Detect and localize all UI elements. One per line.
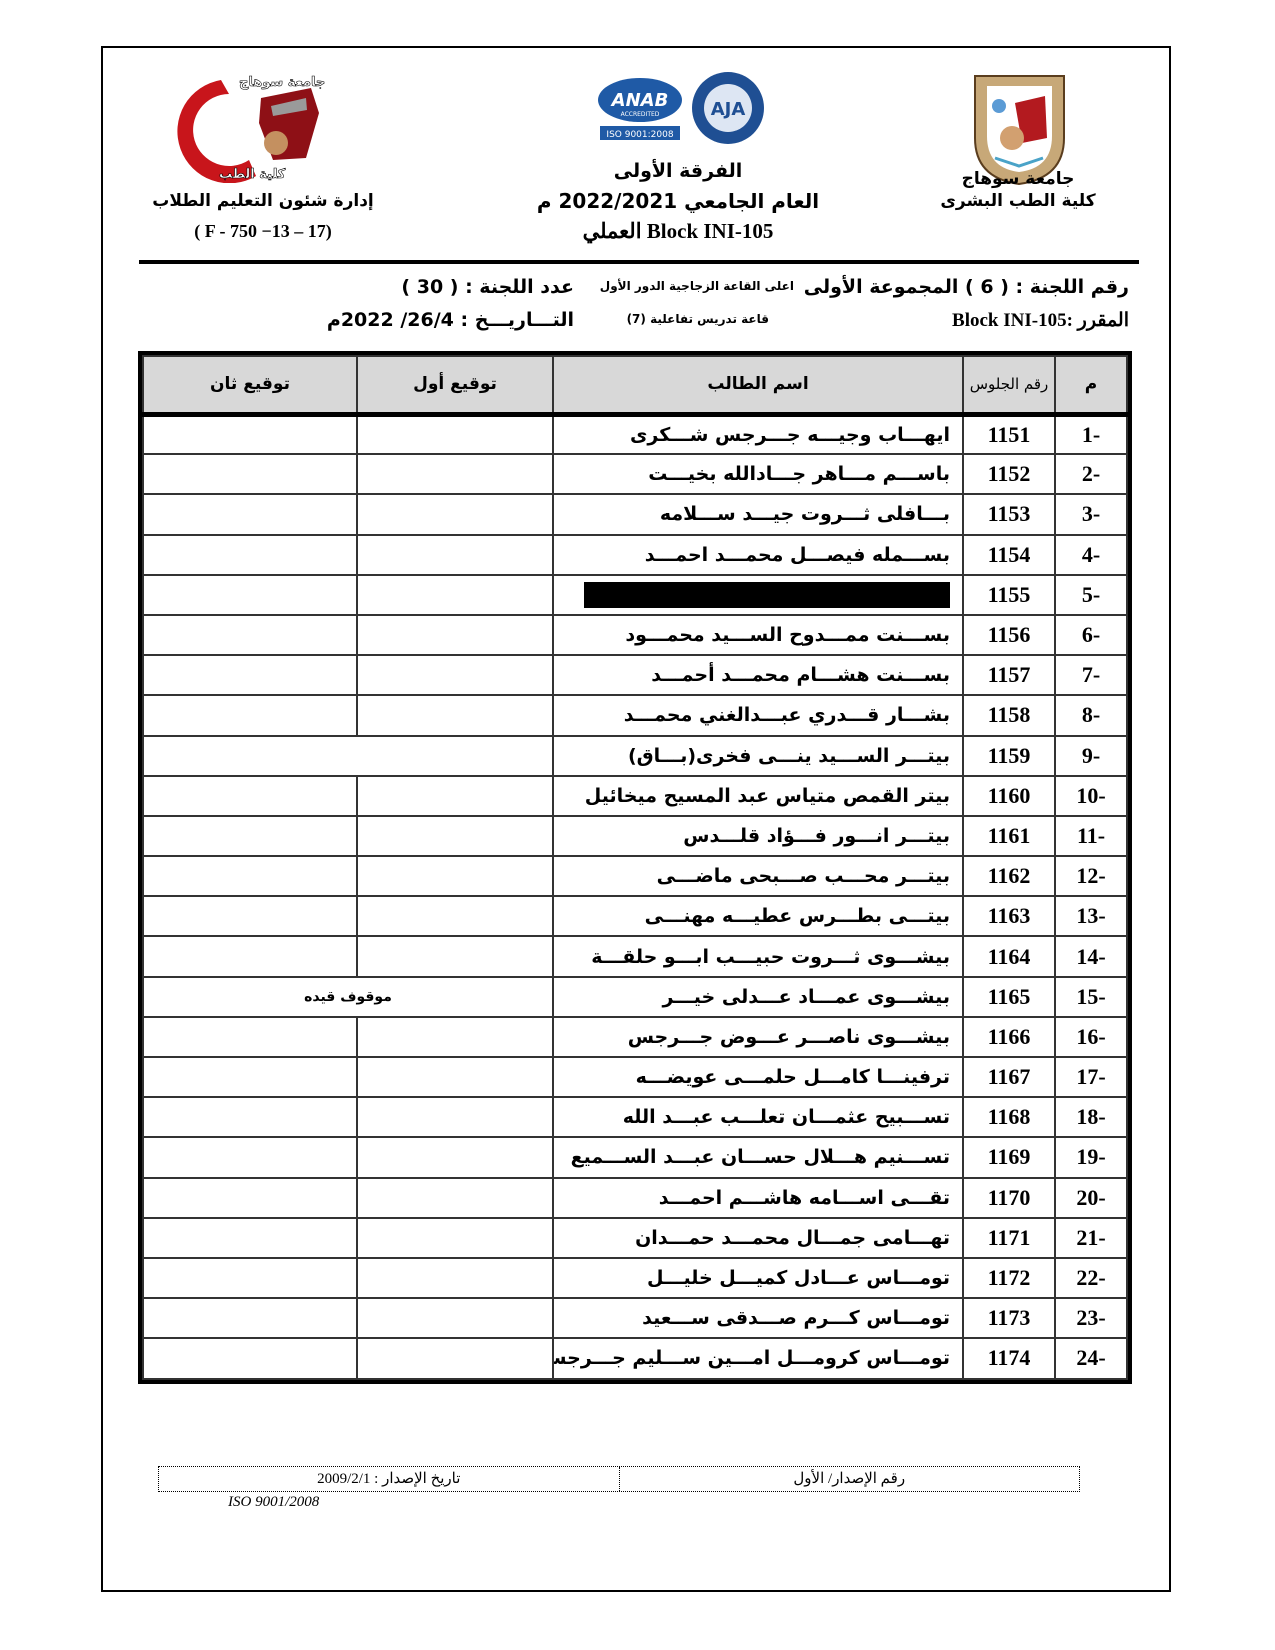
course-title: Block INI-105 العملي [483,216,873,246]
signature-first-cell[interactable] [357,1298,553,1338]
student-name: باســـم مـــاهر جـــادالله بخيـــت [553,454,963,494]
page: جامعة سوهاج كلية الطب إدارة شئون التعليم… [101,46,1171,1592]
col-header-seat: رقم الجلوس [963,356,1055,414]
signature-first-cell[interactable] [357,1338,553,1378]
student-name: بيتـــر الســـيد ينـــى فخرى(بـــاق) [553,736,963,776]
seat-number: 1154 [963,535,1055,575]
signature-second-cell[interactable] [143,494,357,534]
signature-first-cell[interactable] [357,816,553,856]
signature-merged-note [143,736,553,776]
seat-number: 1165 [963,977,1055,1017]
row-index: -12 [1055,856,1127,896]
row-index: -9 [1055,736,1127,776]
student-name: تومـــاس كـــرم صـــدقى ســـعيد [553,1298,963,1338]
row-index: -10 [1055,776,1127,816]
seat-number: 1163 [963,896,1055,936]
row-index: -20 [1055,1178,1127,1218]
seat-number: 1173 [963,1298,1055,1338]
signature-first-cell[interactable] [357,1057,553,1097]
signature-first-cell[interactable] [357,936,553,976]
signature-first-cell[interactable] [357,1218,553,1258]
row-index: -7 [1055,655,1127,695]
svg-text:ACCREDITED: ACCREDITED [621,111,660,118]
signature-merged-note: موقوف قيده [143,977,553,1017]
student-name: بيشـــوى ناصـــر عـــوض جـــرجس [553,1017,963,1057]
academic-year: العام الجامعي 2022/2021 م [483,186,873,216]
table-row: -101160بيتر القمص متياس عبد المسيح ميخائ… [143,776,1127,816]
seat-number: 1172 [963,1258,1055,1298]
signature-first-cell[interactable] [357,1178,553,1218]
seat-number: 1174 [963,1338,1055,1378]
row-index: -22 [1055,1258,1127,1298]
signature-second-cell[interactable] [143,1218,357,1258]
location-line-1: اعلى القاعة الزجاجية الدور الأول [600,279,794,293]
seat-number: 1168 [963,1097,1055,1137]
iso-note: ISO 9001/2008 [228,1494,319,1511]
student-name: بيتر القمص متياس عبد المسيح ميخائيل [553,776,963,816]
col-header-sign1: توقيع أول [357,356,553,414]
table-row: -181168تســـبيح عثمـــان تعلـــب عبـــد … [143,1097,1127,1137]
signature-first-cell[interactable] [357,1017,553,1057]
signature-second-cell[interactable] [143,776,357,816]
committee-number: رقم اللجنة : ( 6 ) المجموعة الأولى [804,276,1129,298]
table-row: -191169تســـنيم هـــلال حســـان عبـــد ا… [143,1137,1127,1177]
row-index: -1 [1055,414,1127,454]
student-name: بيتـــر انـــور فـــؤاد قلـــدس [553,816,963,856]
signature-first-cell[interactable] [357,655,553,695]
svg-text:AJA: AJA [711,99,746,120]
signature-second-cell[interactable] [143,1178,357,1218]
table-row: -241174تومـــاس كرومـــل امـــين ســـليم… [143,1338,1127,1378]
row-index: -3 [1055,494,1127,534]
document-header: جامعة سوهاج كلية الطب إدارة شئون التعليم… [103,48,1169,264]
signature-first-cell[interactable] [357,414,553,454]
student-name: بســـنت هشـــام محمـــد أحمـــد [553,655,963,695]
student-name: تســـنيم هـــلال حســـان عبـــد الســـمي… [553,1137,963,1177]
row-index: -5 [1055,575,1127,615]
row-index: -23 [1055,1298,1127,1338]
table-row: -51155 [143,575,1127,615]
signature-second-cell[interactable] [143,816,357,856]
signature-first-cell[interactable] [357,1258,553,1298]
table-row: -21152باســـم مـــاهر جـــادالله بخيـــت [143,454,1127,494]
issue-number: رقم الإصدار/ الأول [620,1467,1080,1491]
row-index: -8 [1055,695,1127,735]
table-row: -91159بيتـــر الســـيد ينـــى فخرى(بـــا… [143,736,1127,776]
seat-number: 1158 [963,695,1055,735]
signature-first-cell[interactable] [357,615,553,655]
table-row: -221172تومـــاس عـــادل كميـــل خليـــل [143,1258,1127,1298]
year-level: الفرقة الأولى [483,156,873,186]
student-name: بيتـــر محـــب صـــبحى ماضـــى [553,856,963,896]
row-index: -6 [1055,615,1127,655]
signature-first-cell[interactable] [357,494,553,534]
student-name: تومـــاس عـــادل كميـــل خليـــل [553,1258,963,1298]
signature-first-cell[interactable] [357,896,553,936]
signature-second-cell[interactable] [143,575,357,615]
table-row: -201170تقـــى اســـامه هاشـــم احمـــد [143,1178,1127,1218]
signature-second-cell[interactable] [143,454,357,494]
col-header-name: اسم الطالب [553,356,963,414]
seat-number: 1170 [963,1178,1055,1218]
signature-second-cell[interactable] [143,936,357,976]
table-row: -171167ترفينـــا كامـــل حلمـــى عويضـــ… [143,1057,1127,1097]
signature-first-cell[interactable] [357,776,553,816]
row-index: -13 [1055,896,1127,936]
signature-first-cell[interactable] [357,856,553,896]
student-name: بـــافلى ثـــروت جيـــد ســـلامه [553,494,963,534]
signature-second-cell[interactable] [143,655,357,695]
table-row: -141164بيشـــوى ثـــروت حبيـــب ابـــو ح… [143,936,1127,976]
student-name [553,575,963,615]
signature-first-cell[interactable] [357,1137,553,1177]
seat-number: 1156 [963,615,1055,655]
svg-text:كلية الطب: كلية الطب [219,167,286,182]
signature-first-cell[interactable] [357,1097,553,1137]
table-row: -81158بشـــار قـــدري عبـــدالغني محمـــ… [143,695,1127,735]
student-name: تومـــاس كرومـــل امـــين ســـليم جـــرج… [553,1338,963,1378]
row-index: -11 [1055,816,1127,856]
svg-text:ANAB: ANAB [610,90,669,111]
row-index: -4 [1055,535,1127,575]
signature-second-cell[interactable] [143,1258,357,1298]
signature-second-cell[interactable] [143,1298,357,1338]
signature-second-cell[interactable] [143,695,357,735]
signature-first-cell[interactable] [357,695,553,735]
signature-second-cell[interactable] [143,1338,357,1378]
signature-second-cell[interactable] [143,856,357,896]
table-row: -121162بيتـــر محـــب صـــبحى ماضـــى [143,856,1127,896]
student-name: بيتـــى بطـــرس عطيـــه مهنـــى [553,896,963,936]
student-name: بيشـــوى عمـــاد عـــدلى خيـــر [553,977,963,1017]
seat-number: 1152 [963,454,1055,494]
accreditation-badges: ANAB ACCREDITED ISO 9001:2008 AJA [578,68,778,150]
seat-number: 1164 [963,936,1055,976]
seat-number: 1155 [963,575,1055,615]
table-row: -61156بســـنت ممـــدوح الســـيد محمـــود [143,615,1127,655]
svg-text:جامعة سوهاج: جامعة سوهاج [239,75,325,90]
seat-number: 1157 [963,655,1055,695]
header-divider [139,260,1139,264]
seat-number: 1171 [963,1218,1055,1258]
table-row: -31153بـــافلى ثـــروت جيـــد ســـلامه [143,494,1127,534]
signature-second-cell[interactable] [143,1097,357,1137]
svg-text:ISO 9001:2008: ISO 9001:2008 [606,130,673,140]
signature-second-cell[interactable] [143,414,357,454]
signature-first-cell[interactable] [357,535,553,575]
student-name: تقـــى اســـامه هاشـــم احمـــد [553,1178,963,1218]
university-block: جامعة سوهاج كلية الطب البشرى [903,168,1133,212]
signature-second-cell[interactable] [143,1017,357,1057]
student-name: بســـمله فيصـــل محمـــد احمـــد [553,535,963,575]
signature-second-cell[interactable] [143,1057,357,1097]
row-index: -16 [1055,1017,1127,1057]
course-code: المقرر :Block INI-105 [952,309,1129,332]
table-row: -111161بيتـــر انـــور فـــؤاد قلـــدس [143,816,1127,856]
seat-number: 1153 [963,494,1055,534]
location-line-2: قاعة تدريس تفاعلية (7) [627,312,769,326]
seat-number: 1159 [963,736,1055,776]
table-row: -71157بســـنت هشـــام محمـــد أحمـــد [143,655,1127,695]
student-roster-table: م رقم الجلوس اسم الطالب توقيع أول توقيع … [138,351,1132,1384]
row-index: -19 [1055,1137,1127,1177]
table-header-row: م رقم الجلوس اسم الطالب توقيع أول توقيع … [143,356,1127,414]
document-footer: رقم الإصدار/ الأول تاريخ الإصدار : 2009/… [158,1466,1080,1492]
row-index: -18 [1055,1097,1127,1137]
table-row: -211171تهـــامى جمـــال محمـــد حمـــدان [143,1218,1127,1258]
university-name: جامعة سوهاج [903,168,1133,190]
student-name: بســـنت ممـــدوح الســـيد محمـــود [553,615,963,655]
row-index: -21 [1055,1218,1127,1258]
signature-first-cell[interactable] [357,454,553,494]
col-header-sign2: توقيع ثان [143,356,357,414]
committee-count: عدد اللجنة : ( 30 ) [401,276,574,298]
issue-date: تاريخ الإصدار : 2009/2/1 [159,1467,620,1491]
exam-date: التـــاريـــخ : 26/4/ 2022م [327,309,574,331]
student-name: ترفينـــا كامـــل حلمـــى عويضـــه [553,1057,963,1097]
student-name: تســـبيح عثمـــان تعلـــب عبـــد الله [553,1097,963,1137]
department-block: إدارة شئون التعليم الطلاب ( F - 750 −13 … [143,186,383,246]
table-row: -231173تومـــاس كـــرم صـــدقى ســـعيد [143,1298,1127,1338]
seat-number: 1167 [963,1057,1055,1097]
redacted-name [584,582,950,608]
signature-second-cell[interactable] [143,1137,357,1177]
signature-second-cell[interactable] [143,896,357,936]
seat-number: 1166 [963,1017,1055,1057]
committee-info: رقم اللجنة : ( 6 ) المجموعة الأولى المقر… [103,276,1169,346]
document-title-block: الفرقة الأولى العام الجامعي 2022/2021 م … [483,156,873,246]
department-name: إدارة شئون التعليم الطلاب [143,186,383,216]
form-code: ( F - 750 −13 – 17) [143,216,383,246]
table-row: -131163بيتـــى بطـــرس عطيـــه مهنـــى [143,896,1127,936]
student-name: تهـــامى جمـــال محمـــد حمـــدان [553,1218,963,1258]
seat-number: 1162 [963,856,1055,896]
faculty-medicine-logo: جامعة سوهاج كلية الطب [161,68,341,183]
seat-number: 1169 [963,1137,1055,1177]
row-index: -24 [1055,1338,1127,1378]
row-index: -17 [1055,1057,1127,1097]
row-index: -2 [1055,454,1127,494]
row-index: -15 [1055,977,1127,1017]
table-row: -11151ايهـــاب وجيـــه جـــرجس شـــكرى [143,414,1127,454]
table-row: -161166بيشـــوى ناصـــر عـــوض جـــرجس [143,1017,1127,1057]
student-name: ايهـــاب وجيـــه جـــرجس شـــكرى [553,414,963,454]
seat-number: 1160 [963,776,1055,816]
row-index: -14 [1055,936,1127,976]
col-header-index: م [1055,356,1127,414]
signature-second-cell[interactable] [143,615,357,655]
faculty-name: كلية الطب البشرى [903,190,1133,212]
signature-second-cell[interactable] [143,535,357,575]
signature-first-cell[interactable] [357,575,553,615]
table-row: -41154بســـمله فيصـــل محمـــد احمـــد [143,535,1127,575]
student-name: بيشـــوى ثـــروت حبيـــب ابـــو حلقـــة [553,936,963,976]
table-row: -151165بيشـــوى عمـــاد عـــدلى خيـــرمو… [143,977,1127,1017]
student-name: بشـــار قـــدري عبـــدالغني محمـــد [553,695,963,735]
seat-number: 1151 [963,414,1055,454]
seat-number: 1161 [963,816,1055,856]
